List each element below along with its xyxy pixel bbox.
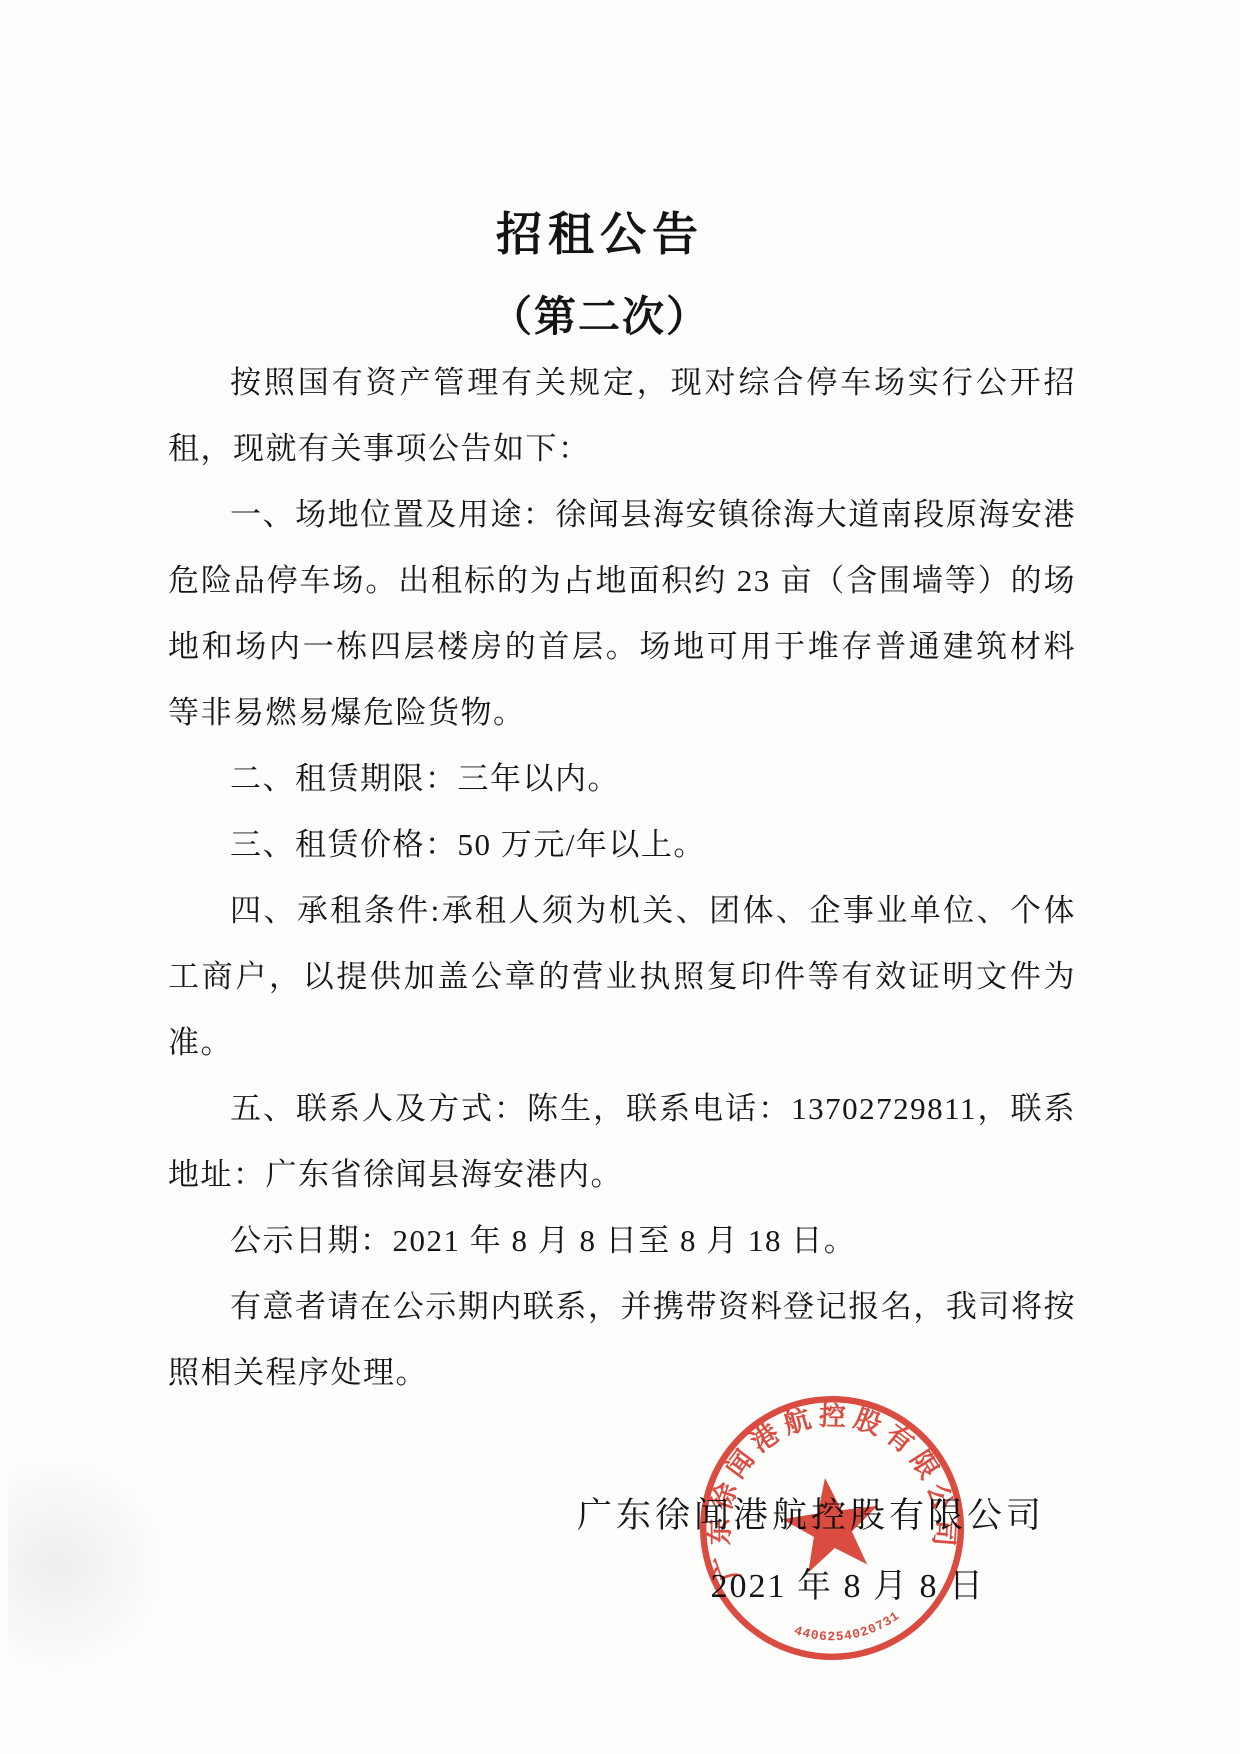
paragraph: 三、租赁价格：50 万元/年以上。 xyxy=(168,812,1076,878)
paragraph: 按照国有资产管理有关规定，现对综合停车场实行公开招租，现就有关事项公告如下： xyxy=(168,350,1076,482)
paragraph: 二、租赁期限：三年以内。 xyxy=(168,746,1076,812)
document-subtitle: （第二次） xyxy=(0,284,1200,344)
company-seal-icon: 广东徐闻港航控股有限公司 4406254020731 xyxy=(676,1372,988,1684)
seal-star-icon xyxy=(777,1471,885,1575)
document-page: 招租公告 （第二次） 按照国有资产管理有关规定，现对综合停车场实行公开招租，现就… xyxy=(0,0,1240,1754)
announcement-body: 按照国有资产管理有关规定，现对综合停车场实行公开招租，现就有关事项公告如下： 一… xyxy=(168,350,1076,1406)
paragraph: 公示日期：2021 年 8 月 8 日至 8 月 18 日。 xyxy=(168,1208,1076,1274)
document-title: 招租公告 xyxy=(0,198,1200,264)
paragraph: 四、承租条件:承租人须为机关、团体、企事业单位、个体工商户，以提供加盖公章的营业… xyxy=(168,878,1076,1076)
paragraph: 一、场地位置及用途：徐闻县海安镇徐海大道南段原海安港危险品停车场。出租标的为占地… xyxy=(168,482,1076,746)
paragraph: 五、联系人及方式：陈生，联系电话：13702729811，联系地址：广东省徐闻县… xyxy=(168,1076,1076,1208)
scan-smudge xyxy=(8,1455,168,1675)
